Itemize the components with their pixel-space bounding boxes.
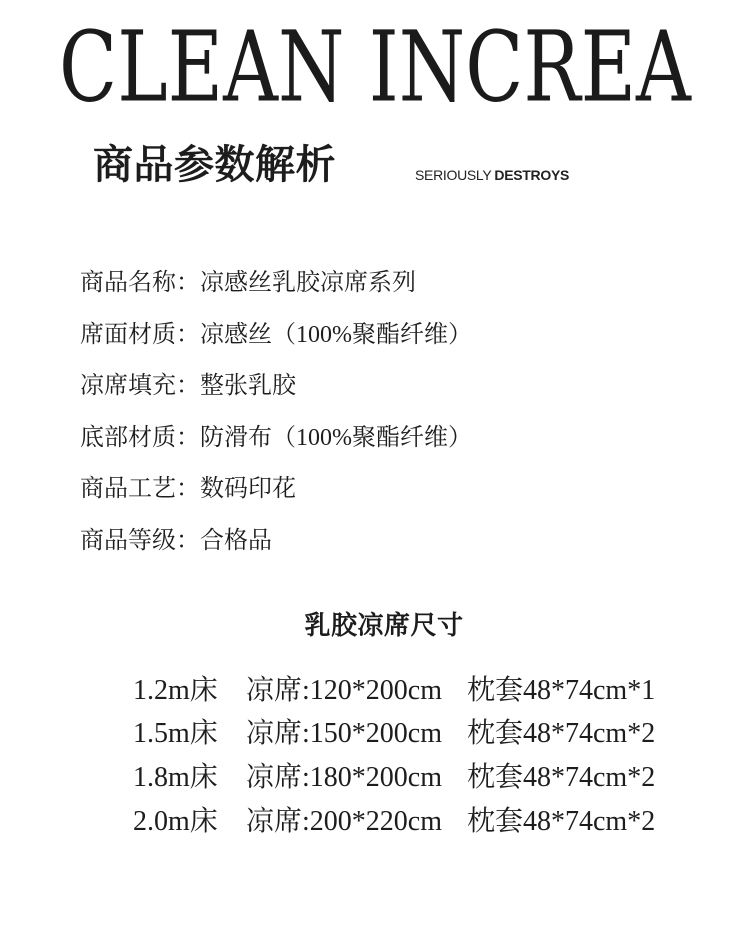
spec-label: 凉席填充：	[80, 373, 200, 399]
tagline-bold: DESTROYS	[494, 167, 569, 183]
sizes-section-title: 乳胶凉席尺寸	[0, 611, 750, 641]
page-title: 商品参数解析	[93, 142, 336, 188]
size-table-row: 1.5m床 凉席:150*200cm 枕套48*74cm*2	[133, 710, 655, 754]
brand-logo-text: CLEAN INCREA	[0, 16, 750, 118]
tagline-regular: SERIOUSLY	[415, 167, 491, 183]
mat-size-cell: 凉席:120*200cm	[246, 668, 467, 708]
size-table-row: 2.0m床 凉席:200*220cm 枕套48*74cm*2	[133, 797, 655, 841]
pillow-size-cell: 枕套48*74cm*2	[467, 711, 655, 751]
bed-size-cell: 1.5m床	[133, 711, 246, 751]
spec-item-bottom-material: 底部材质：防滑布（100%聚酯纤维）	[80, 413, 472, 465]
spec-value: 凉感丝（100%聚酯纤维）	[200, 322, 472, 348]
product-spec-page: CLEAN INCREA 商品参数解析 SERIOUSLYDESTROYS 商品…	[0, 0, 750, 933]
pillow-size-cell: 枕套48*74cm*2	[467, 755, 655, 795]
spec-label: 席面材质：	[80, 322, 200, 348]
size-table: 1.2m床 凉席:120*200cm 枕套48*74cm*1 1.5m床 凉席:…	[133, 666, 655, 840]
spec-value: 整张乳胶	[200, 373, 296, 399]
pillow-size-cell: 枕套48*74cm*1	[467, 668, 655, 708]
size-table-row: 1.8m床 凉席:180*200cm 枕套48*74cm*2	[133, 753, 655, 797]
bed-size-cell: 1.8m床	[133, 755, 246, 795]
mat-size-cell: 凉席:200*220cm	[246, 799, 467, 839]
spec-item-grade: 商品等级：合格品	[80, 516, 472, 568]
spec-item-filling: 凉席填充：整张乳胶	[80, 361, 472, 413]
spec-list: 商品名称：凉感丝乳胶凉席系列 席面材质：凉感丝（100%聚酯纤维） 凉席填充：整…	[80, 258, 472, 567]
mat-size-cell: 凉席:150*200cm	[246, 711, 467, 751]
mat-size-cell: 凉席:180*200cm	[246, 755, 467, 795]
spec-label: 商品工艺：	[80, 476, 200, 502]
spec-label: 底部材质：	[80, 425, 200, 451]
spec-value: 凉感丝乳胶凉席系列	[200, 270, 416, 296]
spec-item-surface-material: 席面材质：凉感丝（100%聚酯纤维）	[80, 310, 472, 362]
bed-size-cell: 2.0m床	[133, 799, 246, 839]
spec-value: 合格品	[200, 528, 272, 554]
spec-item-product-name: 商品名称：凉感丝乳胶凉席系列	[80, 258, 472, 310]
size-table-row: 1.2m床 凉席:120*200cm 枕套48*74cm*1	[133, 666, 655, 710]
bed-size-cell: 1.2m床	[133, 668, 246, 708]
spec-item-craft: 商品工艺：数码印花	[80, 464, 472, 516]
spec-value: 数码印花	[200, 476, 296, 502]
spec-label: 商品等级：	[80, 528, 200, 554]
tagline: SERIOUSLYDESTROYS	[415, 168, 569, 182]
pillow-size-cell: 枕套48*74cm*2	[467, 799, 655, 839]
spec-value: 防滑布（100%聚酯纤维）	[200, 425, 472, 451]
spec-label: 商品名称：	[80, 270, 200, 296]
